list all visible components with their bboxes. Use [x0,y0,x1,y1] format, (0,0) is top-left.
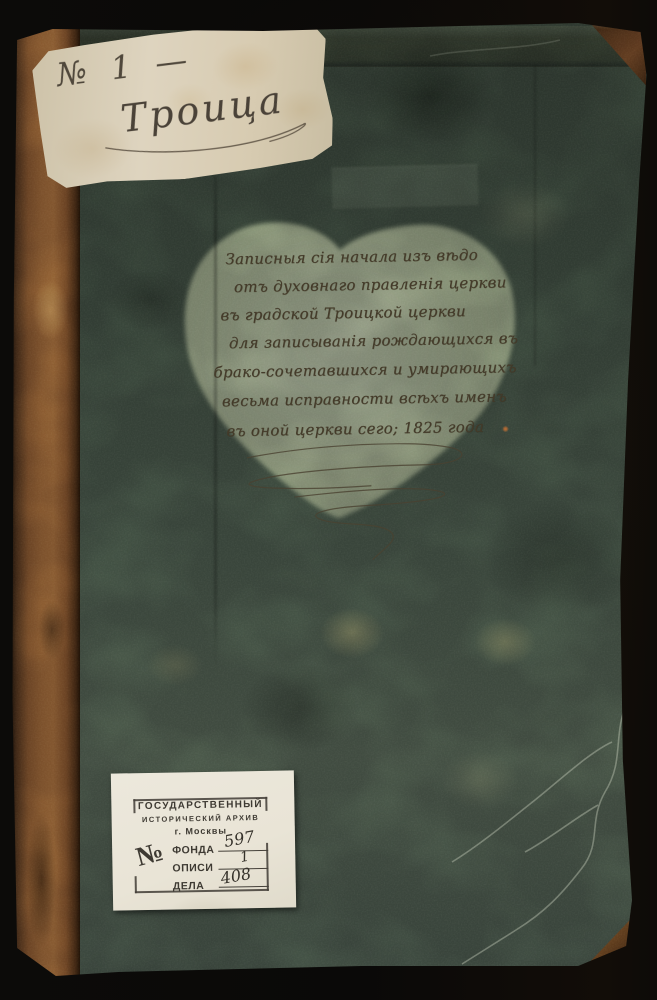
stamp-frame-left-bottom [135,876,137,893]
stamp-rows: ФОНДА 597 ОПИСИ 1 ДЕЛА 408 [172,837,273,893]
stamp-number-sign: № [133,836,167,873]
stamp-org-line1: ГОСУДАРСТВЕННЫЙ [133,799,267,812]
stamp-row-label: ФОНДА [172,844,214,857]
stamp-row-value: 597 [223,827,256,851]
stamp-row-fond: ФОНДА 597 [172,837,272,857]
stamp-row-label: ОПИСИ [172,862,213,875]
stamp-row-value: 408 [219,864,252,888]
photo-backdrop: Записныя сія начала изъ вѣдо отъ духовна… [0,0,657,1000]
book-cover: Записныя сія начала изъ вѣдо отъ духовна… [0,0,657,1000]
label-underline-swash [93,57,320,166]
stamp-row-delo: ДЕЛА 408 [173,873,273,893]
stamp-org-line2: ИСТОРИЧЕСКИЙ АРХИВ [134,813,268,824]
stamp-row-label: ДЕЛА [173,880,205,893]
archive-stamp-label: ГОСУДАРСТВЕННЫЙ ИСТОРИЧЕСКИЙ АРХИВ г. Мо… [111,770,296,910]
